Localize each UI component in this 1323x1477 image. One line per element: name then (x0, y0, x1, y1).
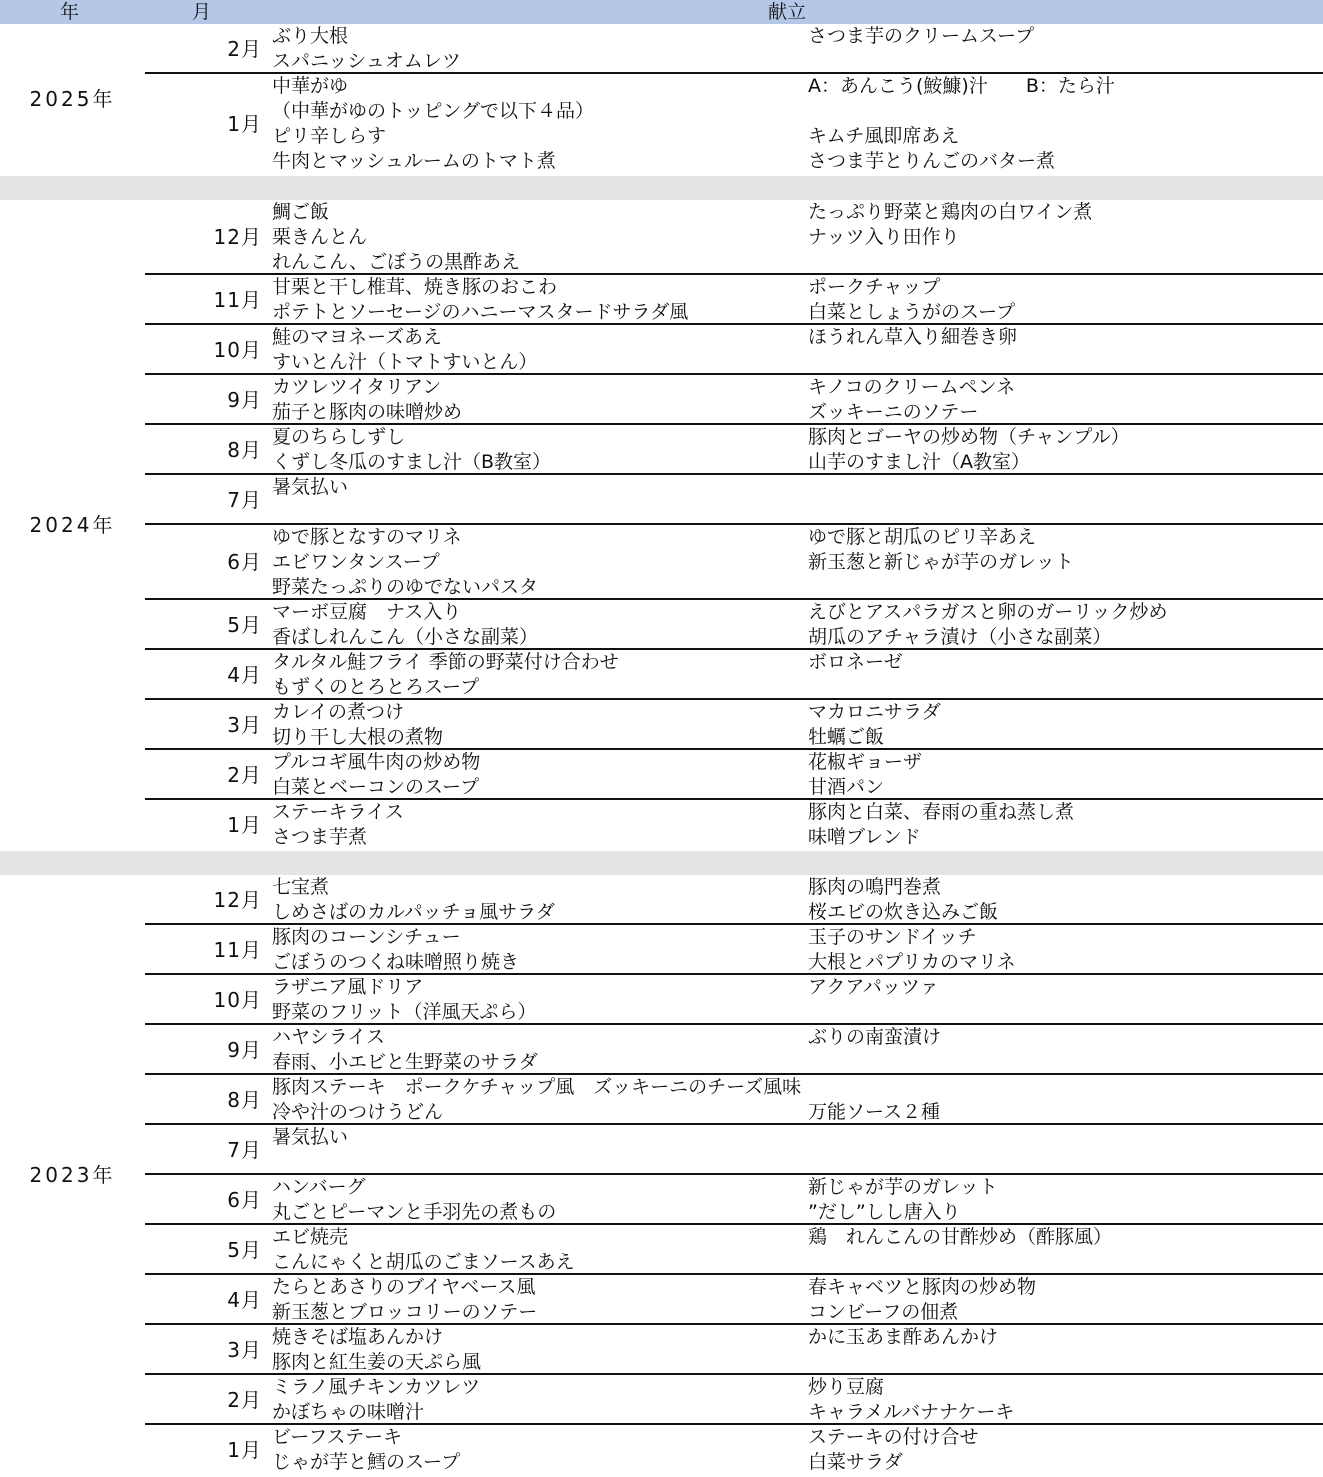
month-label: 6月 (145, 550, 262, 575)
menu-column-1: ステーキライスさつま芋煮 (272, 800, 404, 850)
month-label: 11月 (145, 288, 262, 313)
month-label: 1月 (145, 112, 262, 137)
menu-item: くずし冬瓜のすまし汁（B教室） (272, 450, 551, 475)
menu-item: ごぼうのつくね味噌照り焼き (272, 950, 519, 975)
menu-item: 豚肉ステーキ ポークケチャップ風 ズッキーニのチーズ風味 (272, 1075, 801, 1100)
header-menu: 献立 (768, 0, 806, 24)
menu-item (272, 1150, 348, 1175)
menu-column-2: 豚肉とゴーヤの炒め物（チャンプル）山芋のすまし汁（A教室） (808, 425, 1130, 475)
menu-column-1: カツレツイタリアン茄子と豚肉の味噌炒め (272, 375, 462, 425)
menu-column-2: 新じゃが芋のガレット”だし”しし唐入り (808, 1175, 998, 1225)
menu-item: キムチ風即席あえ (808, 124, 1115, 149)
menu-item: 冷や汁のつけうどん (272, 1100, 801, 1125)
menu-column-1: 夏のちらしずしくずし冬瓜のすまし汁（B教室） (272, 425, 551, 475)
menu-column-2: かに玉あま酢あんかけ (808, 1325, 998, 1375)
menu-item: 桜エビの炊き込みご飯 (808, 900, 998, 925)
table-row: 7月暑気払い (0, 475, 1323, 525)
menu-column-1: ぶり大根スパニッシュオムレツ (272, 24, 461, 74)
menu-item: 山芋のすまし汁（A教室） (808, 450, 1130, 475)
menu-column-2: ほうれん草入り細巻き卵 (808, 325, 1017, 375)
menu-item (808, 1250, 1112, 1275)
menu-item: 炒り豆腐 (808, 1375, 1014, 1400)
menu-item: れんこん、ごぼうの黒酢あえ (272, 250, 520, 275)
menu-item: （中華がゆのトッピングで以下４品） (272, 99, 594, 124)
menu-column-1: タルタル鮭フライ 季節の野菜付け合わせもずくのとろとろスープ (272, 650, 619, 700)
menu-item: エビ焼売 (272, 1225, 575, 1250)
menu-column-1: 暑気払い (272, 1125, 348, 1175)
menu-column-2: 豚肉の鳴門巻煮桜エビの炊き込みご飯 (808, 875, 998, 925)
month-label: 10月 (145, 988, 262, 1013)
menu-column-1: エビ焼売こんにゃくと胡瓜のごまソースあえ (272, 1225, 575, 1275)
table-row: 4月たらとあさりのブイヤベース風新玉葱とブロッコリーのソテー春キャベツと豚肉の炒… (0, 1275, 1323, 1325)
menu-item: A：あんこう(鮟鱇)汁 B：たら汁 (808, 74, 1115, 99)
table-row: 2月プルコギ風牛肉の炒め物白菜とベーコンのスープ花椒ギョーザ甘酒パン (0, 750, 1323, 800)
menu-item: 七宝煮 (272, 875, 555, 900)
menu-item: ぶり大根 (272, 24, 461, 49)
menu-item: 花椒ギョーザ (808, 750, 922, 775)
menu-item: 新玉葱と新じゃが芋のガレット (808, 550, 1074, 575)
menu-column-1: ハンバーグ丸ごとピーマンと手羽先の煮もの (272, 1175, 556, 1225)
menu-column-1: 鯛ご飯栗きんとんれんこん、ごぼうの黒酢あえ (272, 200, 520, 275)
menu-column-1: プルコギ風牛肉の炒め物白菜とベーコンのスープ (272, 750, 480, 800)
menu-item: ナッツ入り田作り (808, 225, 1092, 250)
menu-item: ゆで豚と胡瓜のピリ辛あえ (808, 525, 1074, 550)
menu-item: スパニッシュオムレツ (272, 49, 461, 74)
year-label: 2023年 (0, 1161, 145, 1189)
menu-column-1: 甘栗と干し椎茸、焼き豚のおこわポテトとソーセージのハニーマスタードサラダ風 (272, 275, 688, 325)
menu-item: じゃが芋と鱈のスープ (272, 1450, 460, 1475)
month-label: 6月 (145, 1188, 262, 1213)
table-row: 3月焼きそば塩あんかけ豚肉と紅生姜の天ぷら風かに玉あま酢あんかけ (0, 1325, 1323, 1375)
menu-item: 牡蠣ご飯 (808, 725, 941, 750)
menu-item: かぼちゃの味噌汁 (272, 1400, 480, 1425)
menu-item: カツレツイタリアン (272, 375, 462, 400)
month-label: 2月 (145, 1388, 262, 1413)
menu-item (808, 350, 1017, 375)
month-label: 4月 (145, 1288, 262, 1313)
menu-item: こんにゃくと胡瓜のごまソースあえ (272, 1250, 575, 1275)
menu-column-1: ラザニア風ドリア野菜のフリット（洋風天ぷら） (272, 975, 536, 1025)
menu-item: マカロニサラダ (808, 700, 941, 725)
menu-item: 春キャベツと豚肉の炒め物 (808, 1275, 1036, 1300)
menu-item: 豚肉のコーンシチュー (272, 925, 519, 950)
menu-item: コンビーフの佃煮 (808, 1300, 1036, 1325)
menu-item: 牛肉とマッシュルームのトマト煮 (272, 149, 594, 174)
menu-item: えびとアスパラガスと卵のガーリック炒め (808, 600, 1167, 625)
menu-item: すいとん汁（トマトすいとん） (272, 350, 537, 375)
menu-item: 豚肉とゴーヤの炒め物（チャンプル） (808, 425, 1130, 450)
menu-item: 新じゃが芋のガレット (808, 1175, 998, 1200)
menu-item (808, 1075, 940, 1100)
table-row: 11月豚肉のコーンシチューごぼうのつくね味噌照り焼き玉子のサンドイッチ大根とパプ… (0, 925, 1323, 975)
menu-item (808, 1350, 998, 1375)
year-label: 2024年 (0, 511, 145, 539)
menu-column-1: ビーフステーキじゃが芋と鱈のスープ (272, 1425, 460, 1475)
menu-item: ハンバーグ (272, 1175, 556, 1200)
menu-column-2: 玉子のサンドイッチ大根とパプリカのマリネ (808, 925, 1016, 975)
menu-item: 胡瓜のアチャラ漬け（小さな副菜） (808, 625, 1167, 650)
menu-item: かに玉あま酢あんかけ (808, 1325, 998, 1350)
month-label: 9月 (145, 1038, 262, 1063)
menu-column-2: 鶏 れんこんの甘酢炒め（酢豚風） (808, 1225, 1112, 1275)
menu-column-1: たらとあさりのブイヤベース風新玉葱とブロッコリーのソテー (272, 1275, 537, 1325)
menu-item: キノコのクリームペンネ (808, 375, 1015, 400)
menu-item: 鶏 れんこんの甘酢炒め（酢豚風） (808, 1225, 1112, 1250)
month-label: 8月 (145, 438, 262, 463)
menu-item: 鮭のマヨネーズあえ (272, 325, 537, 350)
menu-item: しめさばのカルパッチョ風サラダ (272, 900, 555, 925)
menu-item: 白菜とベーコンのスープ (272, 775, 480, 800)
menu-column-2: さつま芋のクリームスープ (808, 24, 1034, 74)
menu-item (808, 575, 1074, 600)
month-label: 8月 (145, 1088, 262, 1113)
menu-item: ボロネーゼ (808, 650, 903, 675)
menu-item: 切り干し大根の煮物 (272, 725, 443, 750)
menu-column-2: 豚肉と白菜、春雨の重ね蒸し煮味噌ブレンド (808, 800, 1074, 850)
menu-item: マーボ豆腐 ナス入り (272, 600, 538, 625)
menu-item: 新玉葱とブロッコリーのソテー (272, 1300, 537, 1325)
menu-item: ミラノ風チキンカツレツ (272, 1375, 480, 1400)
table-row: 8月夏のちらしずしくずし冬瓜のすまし汁（B教室）豚肉とゴーヤの炒め物（チャンプル… (0, 425, 1323, 475)
menu-item: 野菜たっぷりのゆでないパスタ (272, 575, 538, 600)
month-label: 12月 (145, 225, 262, 250)
menu-item: ピリ辛しらす (272, 124, 594, 149)
menu-item: ビーフステーキ (272, 1425, 460, 1450)
month-label: 7月 (145, 1138, 262, 1163)
menu-item: もずくのとろとろスープ (272, 675, 619, 700)
year-separator-band (0, 851, 1323, 875)
menu-column-2: ステーキの付け合せ白菜サラダ (808, 1425, 979, 1475)
table-row: 12月鯛ご飯栗きんとんれんこん、ごぼうの黒酢あえたっぷり野菜と鶏肉の白ワイン煮ナ… (0, 200, 1323, 275)
table-row: 2月ミラノ風チキンカツレツかぼちゃの味噌汁炒り豆腐キャラメルバナナケーキ (0, 1375, 1323, 1425)
menu-item: アクアパッツァ (808, 975, 939, 1000)
menu-item: 春雨、小エビと生野菜のサラダ (272, 1050, 538, 1075)
year-separator-band (0, 176, 1323, 200)
menu-item: 白菜としょうがのスープ (808, 300, 1015, 325)
month-label: 5月 (145, 1238, 262, 1263)
menu-item: エビワンタンスープ (272, 550, 538, 575)
menu-column-1: 中華がゆ（中華がゆのトッピングで以下４品）ピリ辛しらす牛肉とマッシュルームのトマ… (272, 74, 594, 174)
month-label: 1月 (145, 1438, 262, 1463)
menu-item: 白菜サラダ (808, 1450, 979, 1475)
table-row: 9月カツレツイタリアン茄子と豚肉の味噌炒めキノコのクリームペンネズッキーニのソテ… (0, 375, 1323, 425)
menu-column-2: ポークチャップ白菜としょうがのスープ (808, 275, 1015, 325)
menu-item: ステーキの付け合せ (808, 1425, 979, 1450)
header-month: 月 (192, 0, 211, 24)
table-row: 2月ぶり大根スパニッシュオムレツさつま芋のクリームスープ (0, 24, 1323, 74)
menu-item: ポークチャップ (808, 275, 1015, 300)
menu-item: ゆで豚となすのマリネ (272, 525, 538, 550)
menu-column-2: ゆで豚と胡瓜のピリ辛あえ新玉葱と新じゃが芋のガレット (808, 525, 1074, 600)
menu-item: ほうれん草入り細巻き卵 (808, 325, 1017, 350)
table-row: 4月タルタル鮭フライ 季節の野菜付け合わせもずくのとろとろスープボロネーゼ (0, 650, 1323, 700)
menu-item: 鯛ご飯 (272, 200, 520, 225)
menu-item: 大根とパプリカのマリネ (808, 950, 1016, 975)
menu-item: 豚肉と紅生姜の天ぷら風 (272, 1350, 481, 1375)
menu-item: 万能ソース２種 (808, 1100, 940, 1125)
menu-column-2: 万能ソース２種 (808, 1075, 940, 1125)
month-label: 5月 (145, 613, 262, 638)
menu-item: たらとあさりのブイヤベース風 (272, 1275, 537, 1300)
menu-item: 玉子のサンドイッチ (808, 925, 1016, 950)
menu-column-2: A：あんこう(鮟鱇)汁 B：たら汁キムチ風即席あえさつま芋とりんごのバター煮 (808, 74, 1115, 174)
menu-column-2: ボロネーゼ (808, 650, 903, 700)
table-row: 10月鮭のマヨネーズあえすいとん汁（トマトすいとん）ほうれん草入り細巻き卵 (0, 325, 1323, 375)
menu-item: 夏のちらしずし (272, 425, 551, 450)
menu-item (808, 1000, 939, 1025)
menu-column-2: えびとアスパラガスと卵のガーリック炒め胡瓜のアチャラ漬け（小さな副菜） (808, 600, 1167, 650)
table-row: 6月ゆで豚となすのマリネエビワンタンスープ野菜たっぷりのゆでないパスタゆで豚と胡… (0, 525, 1323, 600)
menu-item: 茄子と豚肉の味噌炒め (272, 400, 462, 425)
month-label: 10月 (145, 338, 262, 363)
menu-item: さつま芋とりんごのバター煮 (808, 149, 1115, 174)
table-row: 7月暑気払い (0, 1125, 1323, 1175)
menu-item: 暑気払い (272, 475, 348, 500)
menu-item: 中華がゆ (272, 74, 594, 99)
menu-column-1: 暑気払い (272, 475, 348, 525)
menu-item: 野菜のフリット（洋風天ぷら） (272, 1000, 536, 1025)
menu-item: 味噌ブレンド (808, 825, 1074, 850)
table-row: 9月ハヤシライス春雨、小エビと生野菜のサラダぶりの南蛮漬け (0, 1025, 1323, 1075)
month-label: 3月 (145, 1338, 262, 1363)
menu-item: 丸ごとピーマンと手羽先の煮もの (272, 1200, 556, 1225)
table-row: 12月七宝煮しめさばのカルパッチョ風サラダ豚肉の鳴門巻煮桜エビの炊き込みご飯 (0, 875, 1323, 925)
menu-column-2: たっぷり野菜と鶏肉の白ワイン煮ナッツ入り田作り (808, 200, 1092, 275)
month-label: 12月 (145, 888, 262, 913)
menu-item (808, 49, 1034, 74)
table-row: 1月中華がゆ（中華がゆのトッピングで以下４品）ピリ辛しらす牛肉とマッシュルームの… (0, 74, 1323, 174)
month-label: 7月 (145, 488, 262, 513)
menu-item: 暑気払い (272, 1125, 348, 1150)
menu-item (808, 99, 1115, 124)
menu-item: 焼きそば塩あんかけ (272, 1325, 481, 1350)
menu-column-1: 豚肉ステーキ ポークケチャップ風 ズッキーニのチーズ風味冷や汁のつけうどん (272, 1075, 801, 1125)
month-label: 9月 (145, 388, 262, 413)
menu-column-2: 炒り豆腐キャラメルバナナケーキ (808, 1375, 1014, 1425)
menu-item (808, 675, 903, 700)
menu-item: ハヤシライス (272, 1025, 538, 1050)
menu-item: 甘栗と干し椎茸、焼き豚のおこわ (272, 275, 688, 300)
menu-item (272, 500, 348, 525)
menu-item: 豚肉と白菜、春雨の重ね蒸し煮 (808, 800, 1074, 825)
menu-item: 栗きんとん (272, 225, 520, 250)
menu-column-1: ミラノ風チキンカツレツかぼちゃの味噌汁 (272, 1375, 480, 1425)
table-row: 10月ラザニア風ドリア野菜のフリット（洋風天ぷら）アクアパッツァ (0, 975, 1323, 1025)
table-row: 8月豚肉ステーキ ポークケチャップ風 ズッキーニのチーズ風味冷や汁のつけうどん万… (0, 1075, 1323, 1125)
table-row: 5月エビ焼売こんにゃくと胡瓜のごまソースあえ鶏 れんこんの甘酢炒め（酢豚風） (0, 1225, 1323, 1275)
menu-item: カレイの煮つけ (272, 700, 443, 725)
menu-item: タルタル鮭フライ 季節の野菜付け合わせ (272, 650, 619, 675)
table-row: 1月ビーフステーキじゃが芋と鱈のスープステーキの付け合せ白菜サラダ (0, 1425, 1323, 1475)
menu-column-1: 鮭のマヨネーズあえすいとん汁（トマトすいとん） (272, 325, 537, 375)
menu-column-1: マーボ豆腐 ナス入り香ばしれんこん（小さな副菜） (272, 600, 538, 650)
menu-column-1: 七宝煮しめさばのカルパッチョ風サラダ (272, 875, 555, 925)
menu-item: 豚肉の鳴門巻煮 (808, 875, 998, 900)
menu-column-2: ぶりの南蛮漬け (808, 1025, 941, 1075)
menu-item: ”だし”しし唐入り (808, 1200, 998, 1225)
menu-column-2: 春キャベツと豚肉の炒め物コンビーフの佃煮 (808, 1275, 1036, 1325)
header-year: 年 (60, 0, 79, 24)
menu-item: さつま芋煮 (272, 825, 404, 850)
menu-column-1: 焼きそば塩あんかけ豚肉と紅生姜の天ぷら風 (272, 1325, 481, 1375)
menu-item: ぶりの南蛮漬け (808, 1025, 941, 1050)
menu-column-1: 豚肉のコーンシチューごぼうのつくね味噌照り焼き (272, 925, 519, 975)
menu-column-1: ゆで豚となすのマリネエビワンタンスープ野菜たっぷりのゆでないパスタ (272, 525, 538, 600)
menu-column-1: カレイの煮つけ切り干し大根の煮物 (272, 700, 443, 750)
menu-item: ズッキーニのソテー (808, 400, 1015, 425)
month-label: 11月 (145, 938, 262, 963)
menu-item: プルコギ風牛肉の炒め物 (272, 750, 480, 775)
month-label: 1月 (145, 813, 262, 838)
menu-item: ラザニア風ドリア (272, 975, 536, 1000)
menu-column-2: アクアパッツァ (808, 975, 939, 1025)
menu-column-2: キノコのクリームペンネズッキーニのソテー (808, 375, 1015, 425)
year-label: 2025年 (0, 85, 145, 113)
month-label: 3月 (145, 713, 262, 738)
menu-column-1: ハヤシライス春雨、小エビと生野菜のサラダ (272, 1025, 538, 1075)
menu-item: ポテトとソーセージのハニーマスタードサラダ風 (272, 300, 688, 325)
month-label: 2月 (145, 763, 262, 788)
table-row: 11月甘栗と干し椎茸、焼き豚のおこわポテトとソーセージのハニーマスタードサラダ風… (0, 275, 1323, 325)
table-row: 6月ハンバーグ丸ごとピーマンと手羽先の煮もの新じゃが芋のガレット”だし”しし唐入… (0, 1175, 1323, 1225)
menu-item: キャラメルバナナケーキ (808, 1400, 1014, 1425)
menu-item (808, 1050, 941, 1075)
menu-item: ステーキライス (272, 800, 404, 825)
menu-column-2: 花椒ギョーザ甘酒パン (808, 750, 922, 800)
menu-item (808, 250, 1092, 275)
menu-item: 甘酒パン (808, 775, 922, 800)
menu-item: 香ばしれんこん（小さな副菜） (272, 625, 538, 650)
table-header: 年 月 献立 (0, 0, 1323, 24)
menu-column-2: マカロニサラダ牡蠣ご飯 (808, 700, 941, 750)
menu-item: さつま芋のクリームスープ (808, 24, 1034, 49)
menu-item: たっぷり野菜と鶏肉の白ワイン煮 (808, 200, 1092, 225)
table-row: 1月ステーキライスさつま芋煮豚肉と白菜、春雨の重ね蒸し煮味噌ブレンド (0, 800, 1323, 850)
table-row: 5月マーボ豆腐 ナス入り香ばしれんこん（小さな副菜）えびとアスパラガスと卵のガー… (0, 600, 1323, 650)
table-row: 3月カレイの煮つけ切り干し大根の煮物マカロニサラダ牡蠣ご飯 (0, 700, 1323, 750)
month-label: 4月 (145, 663, 262, 688)
month-label: 2月 (145, 37, 262, 62)
